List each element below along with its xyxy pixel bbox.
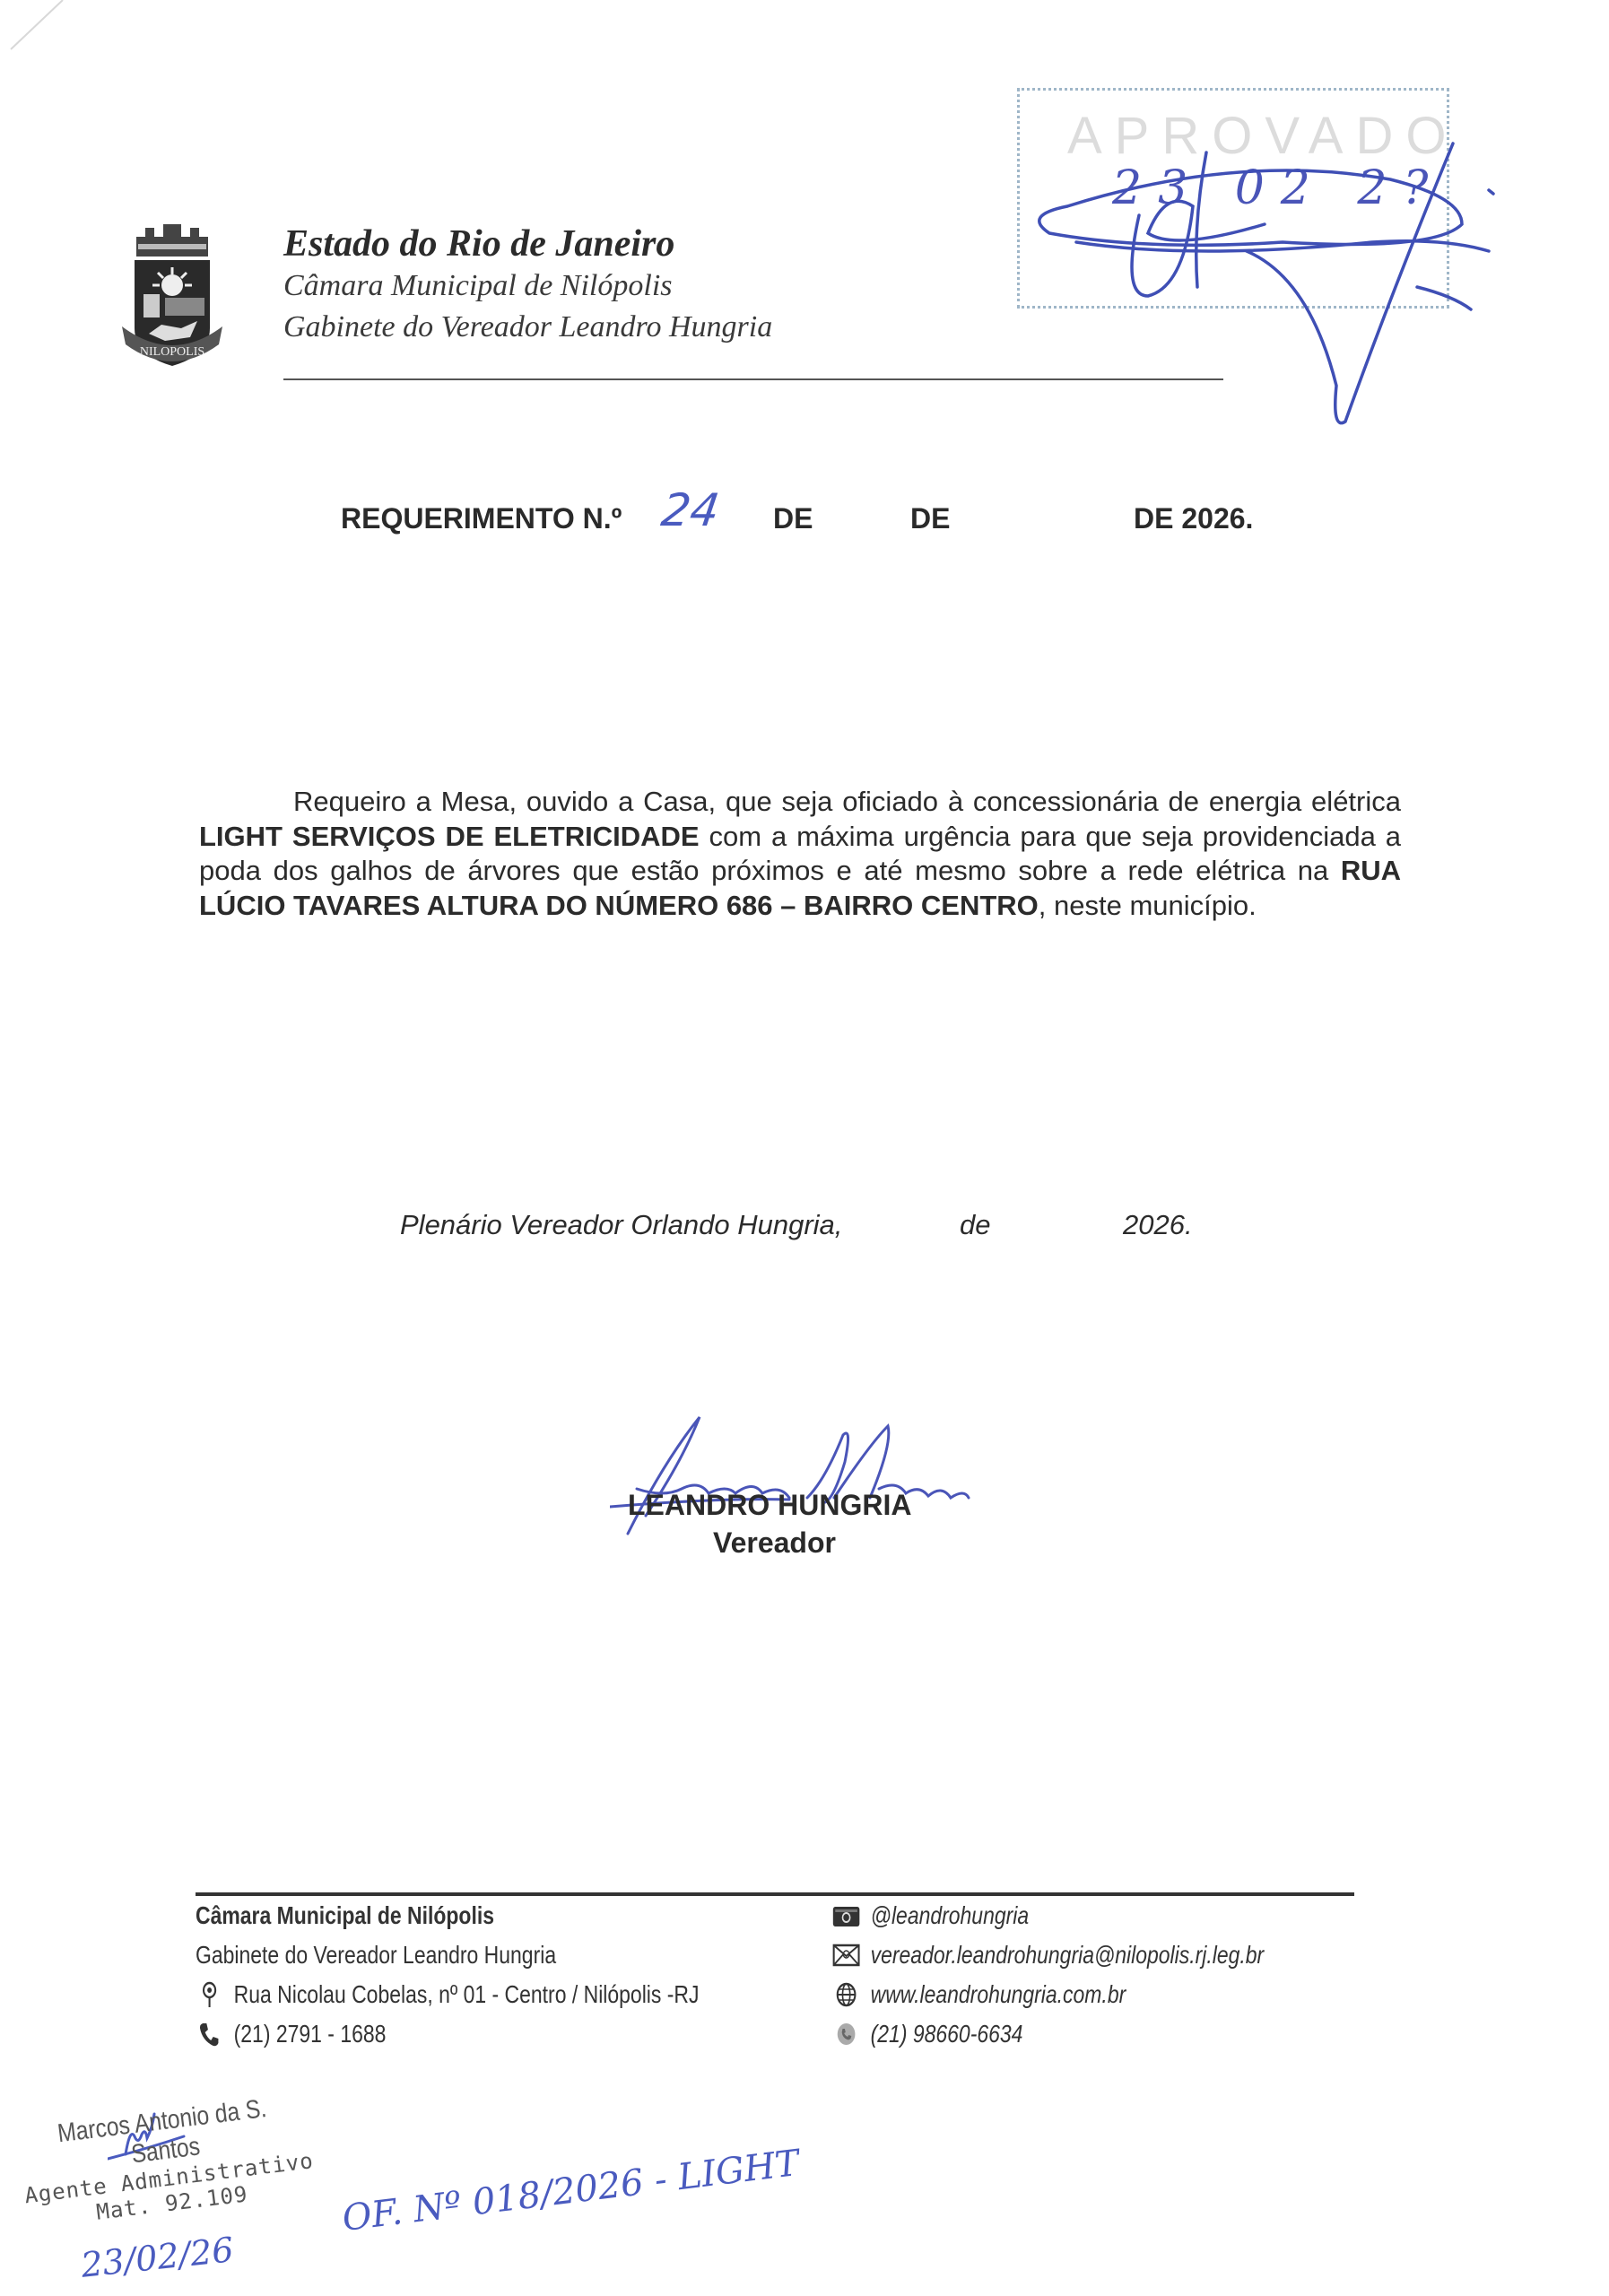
signer-name: LEANDRO HUNGRIA	[628, 1489, 911, 1522]
footer-email[interactable]: vereador.leandrohungria@nilopolis.rj.leg…	[832, 1935, 1264, 1975]
body-company-name: LIGHT SERVIÇOS DE ELETRICIDADE	[199, 821, 700, 852]
approval-signature-scribble	[1013, 117, 1516, 439]
place-date-de: de	[960, 1209, 990, 1241]
globe-icon	[832, 1981, 860, 2008]
place-name: Plenário Vereador Orlando Hungria,	[400, 1209, 842, 1241]
footer-email-text[interactable]: vereador.leandrohungria@nilopolis.rj.leg…	[871, 1935, 1265, 1975]
body-segment: , neste município.	[1039, 890, 1257, 921]
place-date-year: 2026.	[1123, 1209, 1193, 1241]
requirement-date-year: DE 2026.	[1134, 502, 1253, 535]
header-office-name: Gabinete do Vereador Leandro Hungria	[283, 310, 772, 344]
camera-icon	[832, 1902, 860, 1929]
footer-phone: (21) 2791 - 1688	[196, 2014, 386, 2054]
body-segment: Requeiro a Mesa, ouvido a Casa, que seja…	[293, 786, 1401, 817]
requirement-date-de-2: DE	[910, 502, 950, 535]
footer-address-text: Rua Nicolau Cobelas, nº 01 - Centro / Ni…	[234, 1975, 700, 2014]
whatsapp-icon	[832, 2021, 860, 2048]
clerk-handwritten-date: 23/02/26	[79, 2230, 235, 2285]
footer-office-name: Gabinete do Vereador Leandro Hungria	[196, 1935, 556, 1975]
footer-whatsapp-text[interactable]: (21) 98660-6634	[871, 2014, 1023, 2054]
map-pin-icon	[196, 1981, 223, 2008]
requirement-body: Requeiro a Mesa, ouvido a Casa, que seja…	[199, 785, 1401, 923]
header-state-title: Estado do Rio de Janeiro	[283, 222, 674, 265]
municipal-crest-icon: NILOPOLIS	[118, 221, 226, 373]
clerk-stamp: Marcos Antonio da S. Santos Agente Admin…	[9, 2089, 325, 2235]
requirement-date-de-1: DE	[773, 502, 813, 535]
footer-website-text[interactable]: www.leandrohungria.com.br	[871, 1975, 1126, 2014]
footer-address: Rua Nicolau Cobelas, nº 01 - Centro / Ni…	[196, 1975, 699, 2014]
phone-icon	[196, 2021, 223, 2048]
header-chamber-name: Câmara Municipal de Nilópolis	[283, 269, 673, 303]
councilor-signature-scribble	[610, 1408, 987, 1543]
footer-instagram[interactable]: @leandrohungria	[832, 1896, 1029, 1935]
footer-whatsapp[interactable]: (21) 98660-6634	[832, 2014, 1022, 2054]
footer-instagram-text[interactable]: @leandrohungria	[871, 1896, 1030, 1935]
footer-website[interactable]: www.leandrohungria.com.br	[832, 1975, 1126, 2014]
footer-org-name: Câmara Municipal de Nilópolis	[196, 1896, 494, 1935]
scan-artifact-line	[0, 0, 72, 54]
signer-role: Vereador	[713, 1526, 836, 1560]
office-number-handwritten-note: OF. Nº 018/2026 - LIGHT	[340, 2143, 802, 2239]
envelope-icon	[832, 1942, 860, 1969]
requirement-label: REQUERIMENTO N.º	[341, 502, 622, 535]
requirement-number-handwritten: 24	[658, 484, 723, 536]
footer-phone-text: (21) 2791 - 1688	[234, 2014, 387, 2054]
svg-text:NILOPOLIS: NILOPOLIS	[140, 345, 204, 359]
